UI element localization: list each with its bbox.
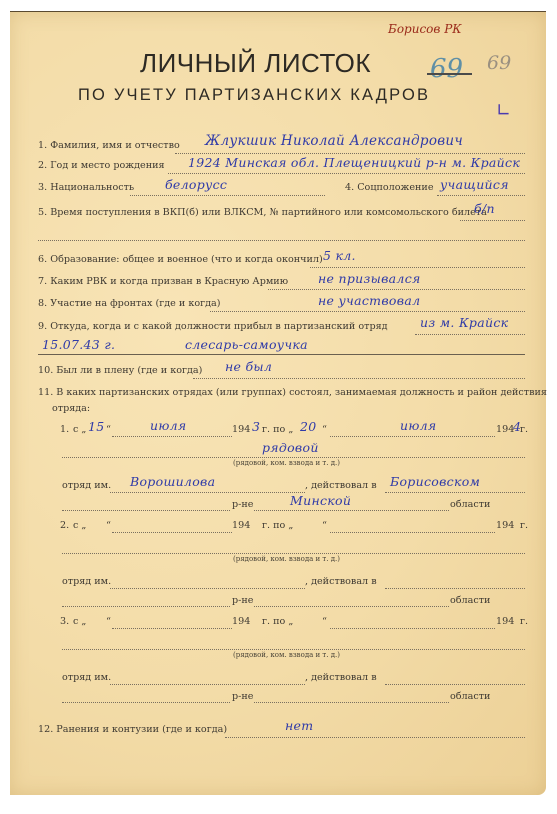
unit-acted-in: Борисовском — [390, 474, 480, 489]
unit-year-suffix: г. — [520, 616, 528, 627]
unit-from-prefix: с „ — [73, 520, 86, 531]
unit-detachment: Ворошилова — [130, 474, 215, 489]
field-1-value: Жлукшик Николай Александрович — [205, 133, 463, 149]
corner-mark: ∟ — [496, 100, 511, 121]
field-10-value: не был — [225, 359, 272, 374]
unit-number: 1. — [60, 424, 69, 435]
field-4-label: 4. Соцположение — [345, 182, 434, 193]
field-3-value: белорусс — [165, 177, 227, 192]
field-1-label: 1. Фамилия, имя и отчество — [38, 140, 180, 151]
unit-from-prefix: с „ — [73, 424, 86, 435]
field-7-label: 7. Каким РВК и когда призван в Красную А… — [38, 276, 288, 287]
unit-region-label: области — [450, 691, 490, 702]
unit-to-year-prefix: 194 — [496, 616, 514, 627]
field-8-label: 8. Участие на фронтах (где и когда) — [38, 298, 221, 309]
field-12-label: 12. Ранения и контузии (где и когда) — [38, 724, 227, 735]
unit-from-quote: “ — [106, 616, 111, 627]
unit-region-label: области — [450, 595, 490, 606]
unit-from-year-prefix: 194 — [232, 616, 250, 627]
field-11-label-line2: отряда: — [52, 403, 90, 414]
field-7-value: не призывался — [318, 271, 421, 286]
unit-year-suffix: г. — [520, 424, 528, 435]
unit-to-quote: “ — [322, 616, 327, 627]
unit-detachment-label: отряд им. — [62, 576, 111, 587]
unit-acted-in-label: , действовал в — [305, 480, 377, 491]
unit-to-year-prefix: 194 — [496, 520, 514, 531]
field-2-label: 2. Год и место рождения — [38, 160, 165, 171]
unit-district-label: р-не — [232, 691, 253, 702]
annotation-name: Борисов РК — [388, 22, 462, 36]
unit-to-prefix: г. по „ — [262, 520, 293, 531]
unit-position-hint: (рядовой, ком. взвода и т. д.) — [233, 459, 340, 467]
field-4-value: учащийся — [440, 177, 509, 192]
unit-from-year-prefix: 194 — [232, 424, 250, 435]
strike-line — [427, 73, 472, 75]
unit-region: Минской — [290, 493, 351, 508]
unit-detachment-label: отряд им. — [62, 480, 111, 491]
unit-from-day: 15 — [88, 419, 105, 434]
field-5-label: 5. Время поступления в ВКП(б) или ВЛКСМ,… — [38, 207, 487, 218]
field-10-label: 10. Был ли в плену (где и когда) — [38, 365, 202, 376]
field-2-value: 1924 Минская обл. Плещеницкий р-н м. Кра… — [188, 155, 520, 170]
unit-position: рядовой — [262, 440, 319, 455]
unit-region-label: области — [450, 499, 490, 510]
field-3-label: 3. Национальность — [38, 182, 134, 193]
page-subtitle: ПО УЧЕТУ ПАРТИЗАНСКИХ КАДРОВ — [78, 86, 430, 105]
unit-from-prefix: с „ — [73, 616, 86, 627]
unit-from-quote: “ — [106, 424, 111, 435]
unit-acted-in-label: , действовал в — [305, 672, 377, 683]
unit-acted-in-label: , действовал в — [305, 576, 377, 587]
field-6-value: 5 кл. — [323, 248, 356, 263]
field-9-label: 9. Откуда, когда и с какой должности при… — [38, 321, 388, 332]
unit-number: 2. — [60, 520, 69, 531]
unit-year-suffix: г. — [520, 520, 528, 531]
unit-from-quote: “ — [106, 520, 111, 531]
unit-to-quote: “ — [322, 424, 327, 435]
unit-number: 3. — [60, 616, 69, 627]
field-12-value: нет — [285, 718, 313, 733]
field-9-date: 15.07.43 г. — [42, 337, 115, 352]
field-11-label: 11. В каких партизанских отрядах (или гр… — [38, 387, 547, 398]
annotation-number-crossed: 69 — [430, 54, 463, 84]
field-6-label: 6. Образование: общее и военное (что и к… — [38, 254, 323, 265]
unit-district-label: р-не — [232, 595, 253, 606]
annotation-number: 69 — [487, 52, 511, 74]
unit-position-hint: (рядовой, ком. взвода и т. д.) — [233, 651, 340, 659]
unit-from-month: июля — [150, 418, 187, 433]
unit-to-quote: “ — [322, 520, 327, 531]
unit-from-year-prefix: 194 — [232, 520, 250, 531]
field-5-value: б/п — [474, 201, 495, 216]
unit-district-label: р-не — [232, 499, 253, 510]
field-8-value: не участвовал — [318, 293, 420, 308]
field-9-position: слесарь-самоучка — [185, 337, 308, 352]
unit-position-hint: (рядовой, ком. взвода и т. д.) — [233, 555, 340, 563]
unit-to-year-prefix: 194 — [496, 424, 514, 435]
unit-to-prefix: г. по „ — [262, 424, 293, 435]
unit-from-year-digit: 3 — [252, 419, 260, 434]
unit-to-day: 20 — [300, 419, 317, 434]
field-9-value: из м. Крайск — [420, 315, 508, 330]
unit-detachment-label: отряд им. — [62, 672, 111, 683]
unit-to-prefix: г. по „ — [262, 616, 293, 627]
page-title: ЛИЧНЫЙ ЛИСТОК — [140, 48, 371, 79]
unit-to-month: июля — [400, 418, 437, 433]
